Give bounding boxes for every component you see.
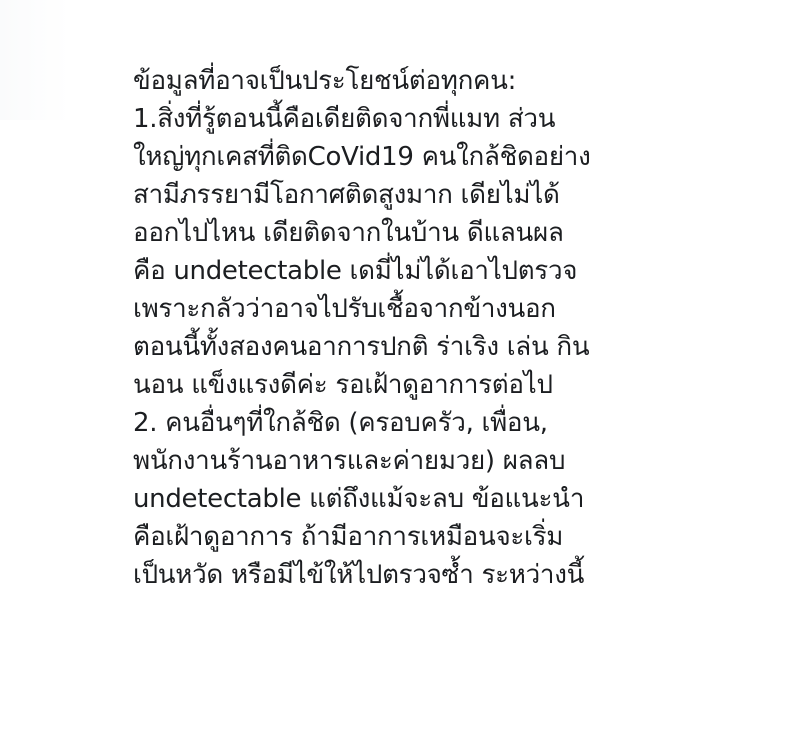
post-line: 2. คนอื่นๆที่ใกล้ชิด (ครอบครัว, เพื่อน, <box>133 404 793 442</box>
post-line: เพราะกลัวว่าอาจไปรับเชื้อจากข้างนอก <box>133 290 793 328</box>
post-heading: ข้อมูลที่อาจเป็นประโยชน์ต่อทุกคน: <box>133 62 793 100</box>
post-line: นอน แข็งแรงดีค่ะ รอเฝ้าดูอาการต่อไป <box>133 366 793 404</box>
post-line: คือ undetectable เดมี่ไม่ได้เอาไปตรวจ <box>133 252 793 290</box>
post-line: เป็นหวัด หรือมีไข้ให้ไปตรวจซ้ำ ระหว่างนี… <box>133 556 793 594</box>
post-line: ใหญ่ทุกเคสที่ติดCoVid19 คนใกล้ชิดอย่าง <box>133 138 793 176</box>
background-artifact <box>0 0 70 120</box>
post-text: ข้อมูลที่อาจเป็นประโยชน์ต่อทุกคน: 1.สิ่ง… <box>133 62 793 594</box>
post-line: คือเฝ้าดูอาการ ถ้ามีอาการเหมือนจะเริ่ม <box>133 518 793 556</box>
post-line: 1.สิ่งที่รู้ตอนนี้คือเดียติดจากพี่แมท ส่… <box>133 100 793 138</box>
post-line: ตอนนี้ทั้งสองคนอาการปกติ ร่าเริง เล่น กิ… <box>133 328 793 366</box>
post-line: undetectable แต่ถึงแม้จะลบ ข้อแนะนำ <box>133 480 793 518</box>
post-line: ออกไปไหน เดียติดจากในบ้าน ดีแลนผล <box>133 214 793 252</box>
post-line: พนักงานร้านอาหารและค่ายมวย) ผลลบ <box>133 442 793 480</box>
post-line: สามีภรรยามีโอกาศติดสูงมาก เดียไม่ได้ <box>133 176 793 214</box>
